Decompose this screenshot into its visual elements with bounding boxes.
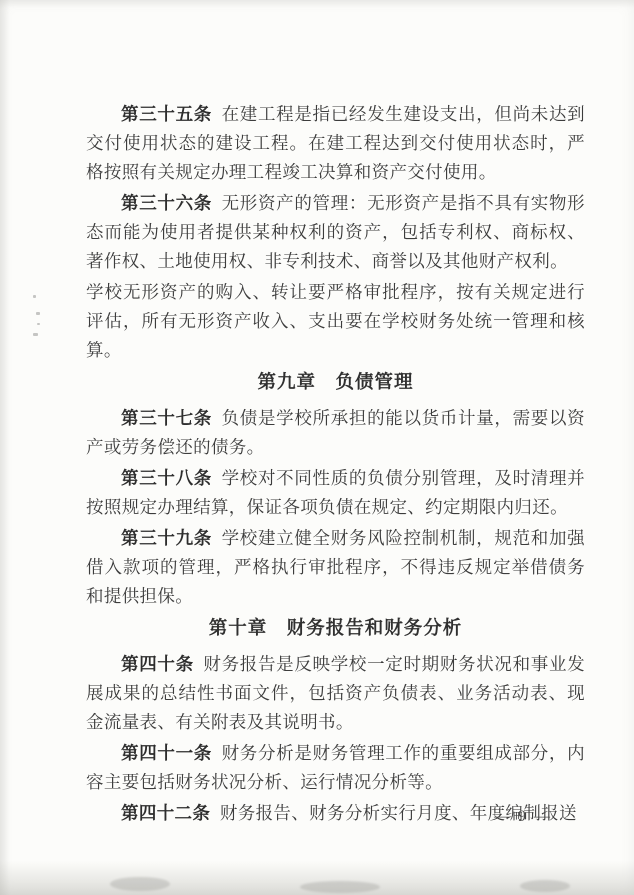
article-number: 第三十九条 xyxy=(121,528,212,548)
article-number: 第三十七条 xyxy=(121,408,212,428)
scan-artifact xyxy=(520,880,570,892)
article-number: 第四十条 xyxy=(121,654,194,674)
article-paragraph: 第四十一条财务分析是财务管理工作的重要组成部分，内容主要包括财务状况分析、运行情… xyxy=(86,739,585,797)
chapter-heading: 第十章 财务报告和财务分析 xyxy=(86,615,585,644)
article-number: 第三十五条 xyxy=(121,104,212,124)
article-paragraph: 第三十八条学校对不同性质的负债分别管理，及时清理并按照规定办理结算，保证各项负债… xyxy=(86,464,585,522)
chapter-heading: 第九章 负债管理 xyxy=(86,369,585,398)
scan-edge-top xyxy=(0,0,634,8)
page-number: — 9 — xyxy=(494,808,552,826)
article-paragraph: 第三十五条在建工程是指已经发生建设支出，但尚未达到交付使用状态的建设工程。在建工… xyxy=(86,100,585,187)
article-paragraph: 第三十六条无形资产的管理：无形资产是指不具有实物形态而能为使用者提供某种权利的资… xyxy=(86,189,585,276)
scan-artifact xyxy=(300,881,380,893)
article-paragraph: 第四十条财务报告是反映学校一定时期财务状况和事业发展成果的总结性书面文件，包括资… xyxy=(86,650,585,737)
scan-artifact xyxy=(33,333,38,336)
article-paragraph: 第三十七条负债是学校所承担的能以货币计量，需要以资产或劳务偿还的债务。 xyxy=(86,404,585,462)
scan-artifact xyxy=(36,312,40,315)
article-number: 第四十二条 xyxy=(121,803,210,823)
scanned-document-page: 第三十五条在建工程是指已经发生建设支出，但尚未达到交付使用状态的建设工程。在建工… xyxy=(0,0,634,895)
scan-shadow-bottom xyxy=(0,861,634,895)
scan-artifact xyxy=(33,295,36,298)
article-number: 第四十一条 xyxy=(121,743,212,763)
scan-artifact xyxy=(110,877,170,891)
scan-edge-left xyxy=(0,0,10,895)
scan-artifact xyxy=(37,323,40,325)
article-number: 第三十八条 xyxy=(121,468,212,488)
body-paragraph: 学校无形资产的购入、转让要严格审批程序，按有关规定进行评估，所有无形资产收入、支… xyxy=(86,278,585,365)
article-number: 第三十六条 xyxy=(121,193,212,213)
article-paragraph: 第三十九条学校建立健全财务风险控制机制，规范和加强借入款项的管理，严格执行审批程… xyxy=(86,524,585,611)
document-blocks: 第三十五条在建工程是指已经发生建设支出，但尚未达到交付使用状态的建设工程。在建工… xyxy=(86,100,585,830)
